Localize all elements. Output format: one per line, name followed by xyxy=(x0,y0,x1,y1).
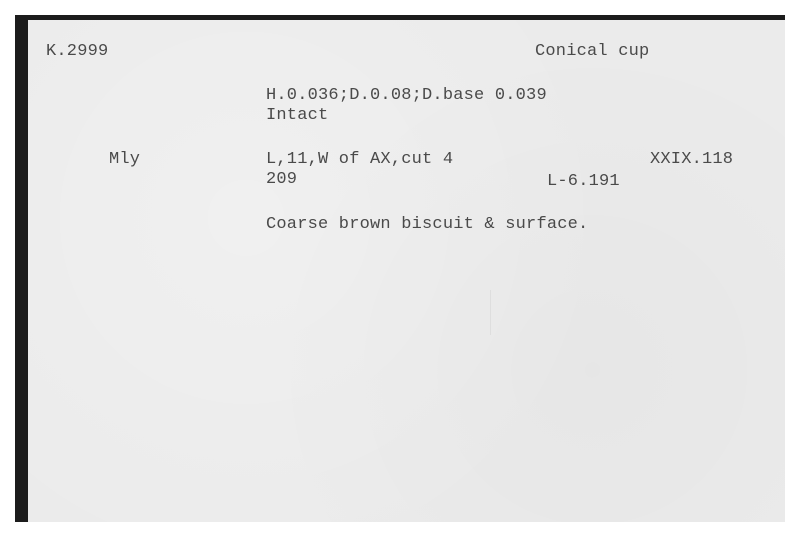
condition: Intact xyxy=(266,106,328,125)
card-shadow-edge-left xyxy=(15,15,28,522)
lot-number: L-6.191 xyxy=(547,172,620,191)
inventory-reference: XXIX.118 xyxy=(650,150,733,169)
paper-mark xyxy=(490,290,491,335)
object-type: Conical cup xyxy=(535,42,649,61)
catalog-number: K.2999 xyxy=(46,42,108,61)
location-number: 209 xyxy=(266,170,297,189)
location: L,11,W of AX,cut 4 xyxy=(266,150,453,169)
card-shadow-edge-top xyxy=(15,15,785,20)
description: Coarse brown biscuit & surface. xyxy=(266,215,588,234)
dimensions: H.0.036;D.0.08;D.base 0.039 xyxy=(266,86,547,105)
findspot-code: Mly xyxy=(109,150,140,169)
